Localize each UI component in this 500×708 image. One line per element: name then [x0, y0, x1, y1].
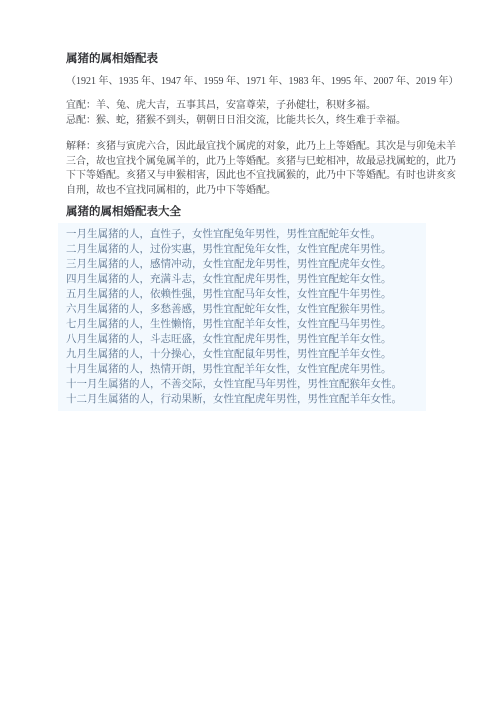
explanation-line: 自刑，故也不宜找同属相的，此乃中下等婚配。 [66, 184, 446, 199]
month-line-november: 十一月生属猪的人，不善交际，女性宜配马年男性，男性宜配猴年女性。 [66, 377, 426, 392]
explanation-line: 解释：亥猪与寅虎六合，因此最宜找个属虎的对象，此乃上上等婚配。其次是与卯兔未羊 [66, 140, 446, 155]
month-line-august: 八月生属猪的人，斗志旺盛，女性宜配虎年男性，男性宜配羊年女性。 [66, 332, 426, 347]
section-subtitle: 属猪的属相婚配表大全 [66, 205, 446, 219]
zodiac-years-line: （1921 年、1935 年、1947 年、1959 年、1971 年、1983… [66, 74, 446, 89]
avoid-match-line: 忌配：猴、蛇，猪猴不到头，朝朝日日泪交流，比能共长久，终生难于幸福。 [66, 113, 446, 128]
match-summary-block: 宜配：羊、兔、虎大吉，五事其昌，安富尊荣，子孙健壮，积财多福。 忌配：猴、蛇，猪… [66, 98, 446, 128]
page-title: 属猪的属相婚配表 [66, 52, 446, 66]
month-line-june: 六月生属猪的人，多愁善感，男性宜配蛇年女性，女性宜配猴年男性。 [66, 302, 426, 317]
month-line-december: 十二月生属猪的人，行动果断，女性宜配虎年男性，男性宜配羊年女性。 [66, 392, 426, 407]
month-line-october: 十月生属猪的人，热情开朗，男性宜配羊年女性，女性宜配虎年男性。 [66, 362, 426, 377]
month-line-september: 九月生属猪的人，十分操心，女性宜配鼠年男性，男性宜配羊年女性。 [66, 347, 426, 362]
month-line-april: 四月生属猪的人，充满斗志，女性宜配虎年男性，男性宜配蛇年女性。 [66, 272, 426, 287]
document-page: 属猪的属相婚配表 （1921 年、1935 年、1947 年、1959 年、19… [0, 0, 500, 708]
month-line-january: 一月生属猪的人，直性子，女性宜配兔年男性，男性宜配蛇年女性。 [66, 227, 426, 242]
document-content: 属猪的属相婚配表 （1921 年、1935 年、1947 年、1959 年、19… [66, 52, 446, 411]
month-compatibility-list: 一月生属猪的人，直性子，女性宜配兔年男性，男性宜配蛇年女性。 二月生属猪的人，过… [58, 223, 426, 411]
explanation-line: 下下等婚配。亥猪又与申猴相害，因此也不宜找属猴的，此乃中下等婚配。有时也讲亥亥 [66, 169, 446, 184]
month-line-march: 三月生属猪的人，感情冲动，女性宜配龙年男性，男性宜配虎年女性。 [66, 257, 426, 272]
explanation-paragraph: 解释：亥猪与寅虎六合，因此最宜找个属虎的对象，此乃上上等婚配。其次是与卯兔未羊 … [66, 140, 446, 198]
suitable-match-line: 宜配：羊、兔、虎大吉，五事其昌，安富尊荣，子孙健壮，积财多福。 [66, 98, 446, 113]
month-line-july: 七月生属猪的人，生性懒惰，男性宜配羊年女性，女性宜配马年男性。 [66, 317, 426, 332]
month-line-may: 五月生属猪的人，依赖性强，男性宜配马年女性，女性宜配牛年男性。 [66, 287, 426, 302]
month-line-february: 二月生属猪的人，过份实惠，男性宜配兔年女性，女性宜配虎年男性。 [66, 242, 426, 257]
explanation-line: 三合，故也宜找个属兔属羊的，此乃上等婚配。亥猪与巳蛇相冲，故最忌找属蛇的，此乃 [66, 155, 446, 170]
